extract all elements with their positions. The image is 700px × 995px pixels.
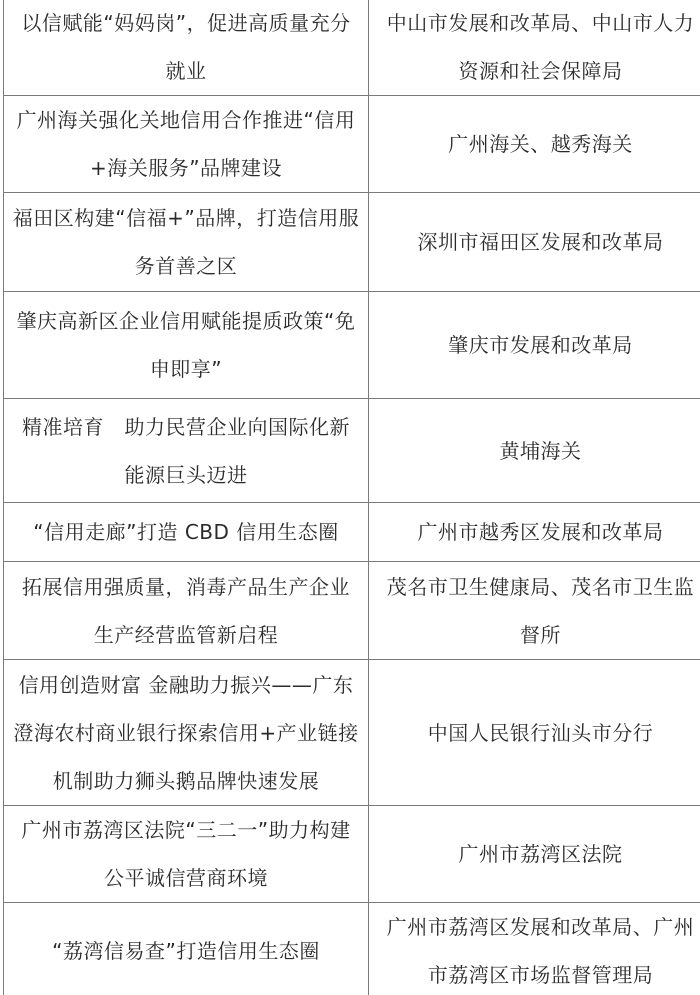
table-row: 肇庆高新区企业信用赋能提质政策“免申即享” 肇庆市发展和改革局 xyxy=(4,292,700,399)
submitting-unit-cell: 广州市越秀区发展和改革局 xyxy=(369,503,700,562)
submitting-unit: 广州市荔湾区发展和改革局、广州市荔湾区市场监督管理局 xyxy=(377,903,700,995)
table-body: 以信赋能“妈妈岗”，促进高质量充分就业 中山市发展和改革局、中山市人力资源和社会… xyxy=(4,0,700,995)
table-row: 以信赋能“妈妈岗”，促进高质量充分就业 中山市发展和改革局、中山市人力资源和社会… xyxy=(4,0,700,96)
project-name-cell: 精准培育 助力民营企业向国际化新能源巨头迈进 xyxy=(4,399,369,503)
project-name: 精准培育 助力民营企业向国际化新能源巨头迈进 xyxy=(12,403,360,499)
project-name: “信用走廊”打造 CBD 信用生态圈 xyxy=(33,508,339,556)
table-row: 广州市荔湾区法院“三二一”助力构建公平诚信营商环境 广州市荔湾区法院 xyxy=(4,806,700,903)
submitting-unit-cell: 广州海关、越秀海关 xyxy=(369,96,700,193)
table-row: 拓展信用强质量，消毒产品生产企业生产经营监管新启程 茂名市卫生健康局、茂名市卫生… xyxy=(4,562,700,660)
submitting-unit-cell: 黄埔海关 xyxy=(369,399,700,503)
project-name-cell: “信用走廊”打造 CBD 信用生态圈 xyxy=(4,503,369,562)
submitting-unit-cell: 广州市荔湾区发展和改革局、广州市荔湾区市场监督管理局 xyxy=(369,903,700,995)
project-name: 信用创造财富 金融助力振兴——广东澄海农村商业银行探索信用+产业链接机制助力狮头… xyxy=(12,661,360,805)
table-row: 福田区构建“信福+”品牌，打造信用服务首善之区 深圳市福田区发展和改革局 xyxy=(4,193,700,292)
project-name: 福田区构建“信福+”品牌，打造信用服务首善之区 xyxy=(12,194,360,290)
submitting-unit: 深圳市福田区发展和改革局 xyxy=(418,218,664,266)
table-row: 信用创造财富 金融助力振兴——广东澄海农村商业银行探索信用+产业链接机制助力狮头… xyxy=(4,660,700,806)
submitting-unit-cell: 肇庆市发展和改革局 xyxy=(369,292,700,399)
project-name: “荔湾信易查”打造信用生态圈 xyxy=(52,927,320,975)
submitting-unit-cell: 中国人民银行汕头市分行 xyxy=(369,660,700,806)
project-name: 肇庆高新区企业信用赋能提质政策“免申即享” xyxy=(12,297,360,393)
submitting-unit: 黄埔海关 xyxy=(500,427,582,475)
submitting-unit-cell: 茂名市卫生健康局、茂名市卫生监督所 xyxy=(369,562,700,660)
submitting-unit: 广州海关、越秀海关 xyxy=(448,120,633,168)
submitting-unit-cell: 中山市发展和改革局、中山市人力资源和社会保障局 xyxy=(369,0,700,96)
table-row: 精准培育 助力民营企业向国际化新能源巨头迈进 黄埔海关 xyxy=(4,399,700,503)
project-name: 拓展信用强质量，消毒产品生产企业生产经营监管新启程 xyxy=(12,563,360,659)
project-name-cell: 广州海关强化关地信用合作推进“信用+海关服务”品牌建设 xyxy=(4,96,369,193)
table-row: “信用走廊”打造 CBD 信用生态圈 广州市越秀区发展和改革局 xyxy=(4,503,700,562)
submitting-unit: 广州市荔湾区法院 xyxy=(459,830,623,878)
table-row: “荔湾信易查”打造信用生态圈 广州市荔湾区发展和改革局、广州市荔湾区市场监督管理… xyxy=(4,903,700,995)
project-name-cell: 福田区构建“信福+”品牌，打造信用服务首善之区 xyxy=(4,193,369,292)
table-row: 广州海关强化关地信用合作推进“信用+海关服务”品牌建设 广州海关、越秀海关 xyxy=(4,96,700,193)
project-name: 广州海关强化关地信用合作推进“信用+海关服务”品牌建设 xyxy=(12,96,360,192)
project-name-cell: “荔湾信易查”打造信用生态圈 xyxy=(4,903,369,995)
submitting-unit-cell: 深圳市福田区发展和改革局 xyxy=(369,193,700,292)
project-name-cell: 以信赋能“妈妈岗”，促进高质量充分就业 xyxy=(4,0,369,96)
credit-cases-table: 以信赋能“妈妈岗”，促进高质量充分就业 中山市发展和改革局、中山市人力资源和社会… xyxy=(3,0,700,995)
submitting-unit: 广州市越秀区发展和改革局 xyxy=(418,508,664,556)
project-name-cell: 肇庆高新区企业信用赋能提质政策“免申即享” xyxy=(4,292,369,399)
project-name: 以信赋能“妈妈岗”，促进高质量充分就业 xyxy=(12,0,360,95)
submitting-unit: 茂名市卫生健康局、茂名市卫生监督所 xyxy=(377,563,700,659)
submitting-unit: 肇庆市发展和改革局 xyxy=(448,321,633,369)
project-name-cell: 拓展信用强质量，消毒产品生产企业生产经营监管新启程 xyxy=(4,562,369,660)
submitting-unit: 中国人民银行汕头市分行 xyxy=(428,709,654,757)
project-name-cell: 信用创造财富 金融助力振兴——广东澄海农村商业银行探索信用+产业链接机制助力狮头… xyxy=(4,660,369,806)
project-name-cell: 广州市荔湾区法院“三二一”助力构建公平诚信营商环境 xyxy=(4,806,369,903)
submitting-unit: 中山市发展和改革局、中山市人力资源和社会保障局 xyxy=(377,0,700,95)
project-name: 广州市荔湾区法院“三二一”助力构建公平诚信营商环境 xyxy=(12,806,360,902)
submitting-unit-cell: 广州市荔湾区法院 xyxy=(369,806,700,903)
